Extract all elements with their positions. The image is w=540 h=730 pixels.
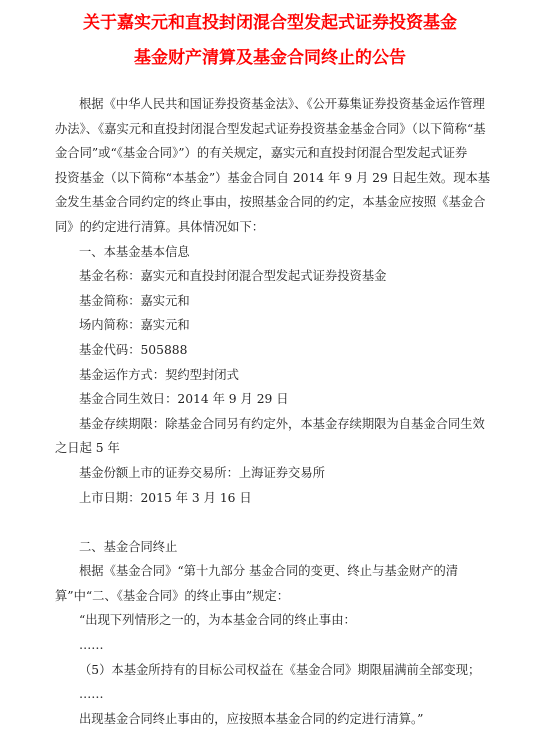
contract-effective-date: 基金合同生效日：2014 年 9 月 29 日	[55, 387, 500, 412]
listing-date: 上市日期：2015 年 3 月 16 日	[55, 486, 500, 511]
intro-line: 同》的约定进行清算。具体情况如下：	[55, 215, 500, 240]
quote-open: “出现下列情形之一的，为本基金合同的终止事由：	[55, 608, 500, 633]
section1-heading: 一、本基金基本信息	[55, 240, 500, 265]
ellipsis: ……	[55, 633, 500, 658]
section2-para-line-1: 根据《基金合同》“第十九部分 基金合同的变更、终止与基金财产的清	[55, 559, 500, 584]
spacer	[55, 510, 500, 535]
operation-mode: 基金运作方式：契约型封闭式	[55, 363, 500, 388]
listing-exchange: 基金份额上市的证券交易所：上海证券交易所	[55, 461, 500, 486]
section2-para-line-2: 算”中“二、《基金合同》的终止事由”规定：	[55, 584, 500, 609]
announcement-page: 关于嘉实元和直投封闭混合型发起式证券投资基金 基金财产清算及基金合同终止的公告 …	[0, 0, 540, 730]
section2-heading: 二、基金合同终止	[55, 535, 500, 560]
fund-duration-line-1: 基金存续期限：除基金合同另有约定外，本基金存续期限为自基金合同生效	[55, 412, 500, 437]
intro-line: 办法》、《嘉实元和直投封闭混合型发起式证券投资基金基金合同》（以下简称“基	[55, 117, 500, 142]
title-line-1: 关于嘉实元和直投封闭混合型发起式证券投资基金	[0, 13, 540, 33]
fund-name: 基金名称：嘉实元和直投封闭混合型发起式证券投资基金	[55, 264, 500, 289]
fund-code: 基金代码：505888	[55, 338, 500, 363]
title-line-2: 基金财产清算及基金合同终止的公告	[0, 48, 540, 68]
intro-line: 金发生基金合同约定的终止事由，按照基金合同的约定，本基金应按照《基金合	[55, 190, 500, 215]
intro-line: 根据《中华人民共和国证券投资基金法》、《公开募集证券投资基金运作管理	[55, 92, 500, 117]
quote-close: 出现基金合同终止事由的，应按照本基金合同的约定进行清算。”	[55, 707, 500, 730]
fund-short-name: 基金简称：嘉实元和	[55, 289, 500, 314]
ellipsis: ……	[55, 682, 500, 707]
exchange-short-name: 场内简称：嘉实元和	[55, 313, 500, 338]
intro-line: 金合同”或“《基金合同》”）的有关规定，嘉实元和直投封闭混合型发起式证券	[55, 141, 500, 166]
announcement-body: 根据《中华人民共和国证券投资基金法》、《公开募集证券投资基金运作管理 办法》、《…	[55, 92, 500, 730]
fund-duration-line-2: 之日起 5 年	[55, 436, 500, 461]
intro-line: 投资基金（以下简称“本基金”）基金合同自 2014 年 9 月 29 日起生效。…	[55, 166, 500, 191]
termination-item-5: （5）本基金所持有的目标公司权益在《基金合同》期限届满前全部变现；	[55, 658, 500, 683]
